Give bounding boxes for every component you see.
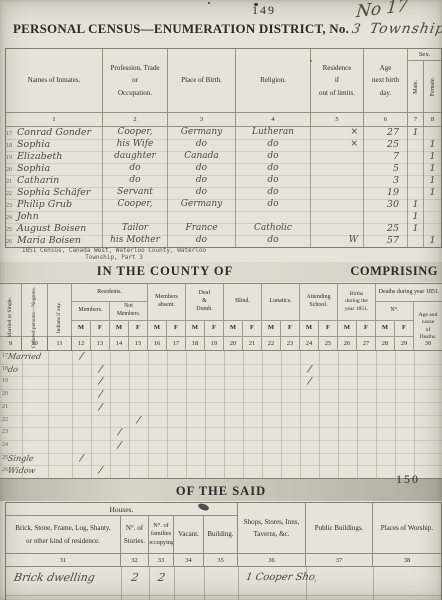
mf-header: F [243,321,262,337]
table1-col-header: Place of Birth. [168,49,236,113]
male-mark-value: 1 [412,211,418,222]
name-cell: 19Elizabeth [6,151,103,163]
religion-value: Lutheran [252,127,294,137]
religion-value: do [267,187,278,197]
table1-col-number: 7 [408,113,424,127]
age-cell [364,211,408,223]
mf-header: F [319,321,338,337]
inmate-name: Sophia [17,139,50,150]
table1-col-number: 8 [424,113,441,127]
col-rule [238,567,239,600]
line-number: 19 [6,155,17,161]
birthplace-cell: do [168,235,236,247]
birthplace-value: France [185,223,217,233]
table1-col-number: 2 [103,113,168,127]
col-rule [174,567,175,600]
mf-header: F [167,321,186,337]
inmate-name: John [17,211,39,222]
residence-mark-cell [311,175,364,187]
tally-mark: / [307,364,312,375]
inmate-name: Sophia Schäfer [17,187,90,198]
members-header: Members. [72,302,110,321]
birthplace-value: do [196,139,207,149]
line-number: 21 [2,404,8,410]
age-cell: 57 [364,235,408,247]
female-mark-cell: 1 [424,151,441,163]
not-members-header: Not Members. [110,302,148,321]
table2-col-number: 17 [167,337,186,351]
col-public-buildings-header: Public Buildings. [306,503,373,553]
tally-mark: / [117,440,122,451]
name-cell: 25August Boisen [6,223,103,235]
birthplace-value: do [196,235,207,245]
line-number: 20 [2,391,8,397]
mf-header: F [357,321,376,337]
table1-col-header: Religion. [236,49,311,113]
folio-number-handwritten: No 17 [355,0,409,22]
birthplace-value: do [196,175,207,185]
religion-cell: do [236,151,311,163]
comprising-title: COMPRISING [350,264,438,279]
inmate-name: Elizabeth [17,151,62,162]
township-handwritten: Townships [369,21,442,37]
attending-school-header: Attending School. [300,284,338,321]
religion-value: Catholic [254,223,292,233]
name-cell: 26Maria Boisen [6,235,103,247]
table1-col-number: 1 [6,113,103,127]
ink-speck [208,2,210,4]
occupation-cell: his Wife [103,139,168,151]
marital-status-entry: do [7,365,19,374]
female-mark-cell: 1 [424,163,441,175]
birthplace-value: Germany [181,127,223,137]
female-mark-value: 1 [429,139,435,150]
female-mark-cell: 1 [424,175,441,187]
line-number: 22 [2,417,8,423]
col-rule [204,567,205,600]
occupation-cell: do [103,175,168,187]
table2-col-number: 13 [91,337,110,351]
residence-mark-value: × [350,139,358,149]
table2-col-number: 23 [281,337,300,351]
col-number: 33 [149,553,174,567]
house-stories-entry: 2 [120,571,150,584]
occupation-cell: daughter [103,151,168,163]
male-mark-cell [408,187,424,199]
age-value: 27 [387,127,399,138]
table2-col-number: 22 [262,337,281,351]
table2-col-number: 29 [395,337,414,351]
male-mark-cell: 1 [408,127,424,139]
inmate-name: Sophia [17,163,50,174]
col-families-header: N°. of families occupying [149,516,174,553]
sex-group-header: Sex. [408,49,441,61]
residence-mark-cell [311,187,364,199]
female-mark-value: 1 [429,151,435,162]
age-cell: 7 [364,151,408,163]
line-number: 23 [6,203,17,209]
of-the-said-title: OF THE SAID [0,484,442,499]
religion-cell: do [236,235,311,247]
residence-mark-value: W [349,235,358,245]
residence-mark-cell [311,211,364,223]
female-mark-cell: 1 [424,139,441,151]
birthplace-value: Canada [184,151,219,161]
inmate-name: August Boisen [17,223,86,234]
table2-col-number: 20 [224,337,243,351]
row-rule [0,415,442,416]
birthplace-value: do [196,163,207,173]
occupation-value: Cooper, [118,127,153,137]
inmate-name: Catharin [17,175,59,186]
mf-header: M [300,321,319,337]
female-mark-cell [424,199,441,211]
row-rule [0,427,442,428]
tally-mark: / [98,376,103,387]
mf-header: M [376,321,395,337]
name-cell: 23Philip Grub [6,199,103,211]
occupation-cell: Cooper, [103,199,168,211]
birthplace-cell: do [168,187,236,199]
row-rule [0,453,442,454]
age-value: 19 [387,187,399,198]
inmate-name: Conrad Gonder [17,127,91,138]
female-mark-cell: 1 [424,187,441,199]
table2-col-number: 11 [48,337,72,351]
table2-col-number: 26 [338,337,357,351]
religion-value: do [267,151,278,161]
religion-value: do [267,139,278,149]
female-mark-cell: 1 [424,235,441,247]
religion-cell: do [236,199,311,211]
col-number: 31 [6,553,121,567]
residence-mark-cell: × [311,127,364,139]
table2-col-number: 28 [376,337,395,351]
female-mark-cell [424,127,441,139]
occupation-cell [103,211,168,223]
line-number: 20 [6,167,17,173]
age-cell: 19 [364,187,408,199]
col-shops-header: Shops, Stores, Inns, Taverns, &c. [238,503,306,553]
male-header: Male. [408,61,424,113]
county-title: IN THE COUNTY OF [0,264,330,279]
residence-mark-cell: W [311,235,364,247]
table1-col-number: 4 [236,113,311,127]
age-value: 5 [393,163,399,174]
residence-mark-cell [311,163,364,175]
col-number: 37 [306,553,373,567]
religion-cell: do [236,175,311,187]
name-cell: 24John [6,211,103,223]
col-number: 32 [121,553,149,567]
occupation-cell: do [103,163,168,175]
tally-mark: / [98,389,103,400]
name-cell: 21Catharin [6,175,103,187]
col-number: 34 [174,553,204,567]
birthplace-cell: Canada [168,151,236,163]
female-mark-value: 1 [429,235,435,246]
male-mark-value: 1 [412,199,418,210]
blind-header: Blind. [224,284,262,321]
source-caption: 1851 Census, Canada West, Waterloo Count… [8,247,220,261]
col-rule [121,567,122,600]
table1-col-header: Names of Inmates. [6,49,103,113]
mf-header: F [205,321,224,337]
birthplace-cell: France [168,223,236,235]
col-number: 38 [373,553,441,567]
mf-header: F [395,321,414,337]
age-value: 30 [387,199,399,210]
col-residence-kind-header: Brick, Stone, Frame, Log, Shanty, or oth… [6,516,121,553]
marital-status-entry: Widow [7,466,36,475]
female-mark-value: 1 [429,187,435,198]
age-cell: 25 [364,139,408,151]
houses-table: Houses. Brick, Stone, Frame, Log, Shanty… [5,502,442,600]
name-cell: 20Sophia [6,163,103,175]
occupation-cell: Tailor [103,223,168,235]
table2-col-number: 18 [186,337,205,351]
occupation-value: his Mother [110,235,160,245]
table2-col-number: 12 [72,337,91,351]
table2-col-number: 9 [0,337,22,351]
mf-header: F [281,321,300,337]
table2-col-number: 25 [319,337,338,351]
col-rule [306,567,307,600]
religion-cell: do [236,163,311,175]
col-places-of-worship-header: Places of Worship. [373,503,441,553]
row-rule [0,376,442,377]
table2-col-number: 21 [243,337,262,351]
female-mark-cell [424,223,441,235]
marital-status-entry: Married [7,352,42,361]
table2-col-number: 24 [300,337,319,351]
table2-col-number: 30 [414,337,442,351]
line-number: 19 [2,378,8,384]
age-value: 7 [393,151,399,162]
residents-header: Residents. [72,284,148,302]
personal-census-table: Names of Inmates.Profession, Trade or Oc… [5,48,442,248]
mf-header: M [72,321,91,337]
religion-cell: Lutheran [236,127,311,139]
male-mark-cell [408,151,424,163]
age-value: 3 [393,175,399,186]
table2-col-number: 27 [357,337,376,351]
female-header: Female. [424,61,441,113]
table1-col-header: Residence if out of limits. [311,49,364,113]
age-value: 25 [387,223,399,234]
name-cell: 17Conrad Gonder [6,127,103,139]
form-title-printed: PERSONAL CENSUS—ENUMERATION DISTRICT, No… [13,21,349,37]
occupation-cell: Cooper, [103,127,168,139]
mf-header: M [110,321,129,337]
religion-value: do [267,163,278,173]
age-cell: 30 [364,199,408,211]
row-rule [0,465,442,466]
age-cell: 27 [364,127,408,139]
occupation-cell: Servant [103,187,168,199]
form-title: PERSONAL CENSUS—ENUMERATION DISTRICT, No… [13,21,442,37]
house-residence-entry: Brick dwelling [13,571,125,584]
residence-mark-cell [311,223,364,235]
male-mark-cell [408,163,424,175]
male-mark-value: 1 [412,223,418,234]
mf-header: M [186,321,205,337]
male-mark-value: 1 [412,127,418,138]
table1-col-number: 5 [311,113,364,127]
age-cell: 25 [364,223,408,235]
district-number-handwritten: 3 [351,22,362,37]
col-rule [373,567,374,600]
line-number: 22 [6,191,17,197]
mf-header: M [338,321,357,337]
deaths-no-header: N°. [376,302,414,321]
line-number: 26 [6,239,17,245]
mf-header: M [148,321,167,337]
occupation-value: do [129,175,140,185]
deaf-dumb-header: Deaf & Dumb. [186,284,224,321]
ink-speck [310,60,312,62]
line-number: 24 [6,215,17,221]
tally-mark: / [98,364,103,375]
table2-col-number: 16 [148,337,167,351]
col-vacant-header: Vacant. [174,516,204,553]
religion-value: do [267,175,278,185]
female-mark-cell [424,211,441,223]
births-header: Births during the year 1851. [338,284,376,321]
occupation-value: his Wife [117,139,154,149]
lunatics-header: Lunatics. [262,284,300,321]
col-stories-header: N°. of Stories. [121,516,149,553]
female-mark-value: 1 [429,175,435,186]
line-number: 25 [6,227,17,233]
occupation-value: Tailor [122,223,148,233]
birthplace-value: Germany [181,199,223,209]
table1-col-number: 6 [364,113,408,127]
male-mark-cell: 1 [408,223,424,235]
religion-value: do [267,235,278,245]
religion-value: do [267,199,278,209]
religion-cell: do [236,139,311,151]
mf-header: F [129,321,148,337]
occupation-value: Cooper, [118,199,153,209]
col-rule [149,567,150,600]
table1-col-header: Profession, Trade or Occupation. [103,49,168,113]
table1-col-header: Age next birth day. [364,49,408,113]
line-number: 17 [6,131,17,137]
county-table: Married or Single.Colored persons—Negroe… [0,283,442,479]
tally-mark: / [79,452,84,463]
mf-filler [0,321,72,337]
birthplace-cell: Germany [168,127,236,139]
marital-status-entry: Single [7,454,34,463]
male-mark-cell [408,175,424,187]
birthplace-cell: do [168,163,236,175]
col-number: 35 [204,553,238,567]
col-number: 36 [238,553,306,567]
age-value: 57 [387,235,399,246]
occupation-cell: his Mother [103,235,168,247]
birthplace-value: do [196,187,207,197]
table2-col-number: 19 [205,337,224,351]
religion-cell: Catholic [236,223,311,235]
table1-col-number: 3 [168,113,236,127]
page-number-bottom: 150 [396,472,420,487]
house-families-entry: 2 [148,571,175,584]
source-caption-line2: Township, Part 3 [8,254,220,261]
line-number: 18 [6,143,17,149]
inmate-name: Maria Boisen [17,235,81,246]
line-number: 24 [2,442,8,448]
table2-col-number: 10 [22,337,48,351]
occupation-value: do [129,163,140,173]
line-number: 21 [6,179,17,185]
birthplace-cell: do [168,139,236,151]
name-cell: 22Sophia Schäfer [6,187,103,199]
occupation-value: daughter [114,151,156,161]
tally-mark: / [117,427,122,438]
row-rule [0,364,442,365]
mf-header: F [91,321,110,337]
row-rule [0,402,442,403]
residence-mark-value: × [350,127,358,137]
tally-mark: / [79,351,84,362]
tally-mark: / [307,376,312,387]
inmate-name: Philip Grub [17,199,72,210]
tally-mark: / [136,414,141,425]
row-rule [0,389,442,390]
male-mark-cell: 1 [408,211,424,223]
male-mark-cell [408,139,424,151]
source-caption-line1: 1851 Census, Canada West, Waterloo Count… [8,247,220,254]
male-mark-cell [408,235,424,247]
birthplace-cell [168,211,236,223]
tally-mark: / [98,402,103,413]
age-cell: 3 [364,175,408,187]
members-absent-header: Members absent. [148,284,186,321]
table2-col-number: 14 [110,337,129,351]
residence-mark-cell: × [311,139,364,151]
deaths-header: Deaths during year 1851. [376,284,442,302]
line-number: 23 [2,429,8,435]
birthplace-cell: do [168,175,236,187]
female-mark-value: 1 [429,163,435,174]
age-cell: 5 [364,163,408,175]
mf-header: M [224,321,243,337]
mf-header: M [262,321,281,337]
table2-col-number: 15 [129,337,148,351]
birthplace-cell: Germany [168,199,236,211]
age-value: 25 [387,139,399,150]
col-building-header: Building. [204,516,238,553]
male-mark-cell: 1 [408,199,424,211]
name-cell: 18Sophia [6,139,103,151]
tally-mark: / [98,465,103,476]
residence-mark-cell [311,151,364,163]
ink-speck [254,3,258,6]
residence-mark-cell [311,199,364,211]
religion-cell: do [236,187,311,199]
occupation-value: Servant [117,187,153,197]
religion-cell [236,211,311,223]
row-rule [0,440,442,441]
